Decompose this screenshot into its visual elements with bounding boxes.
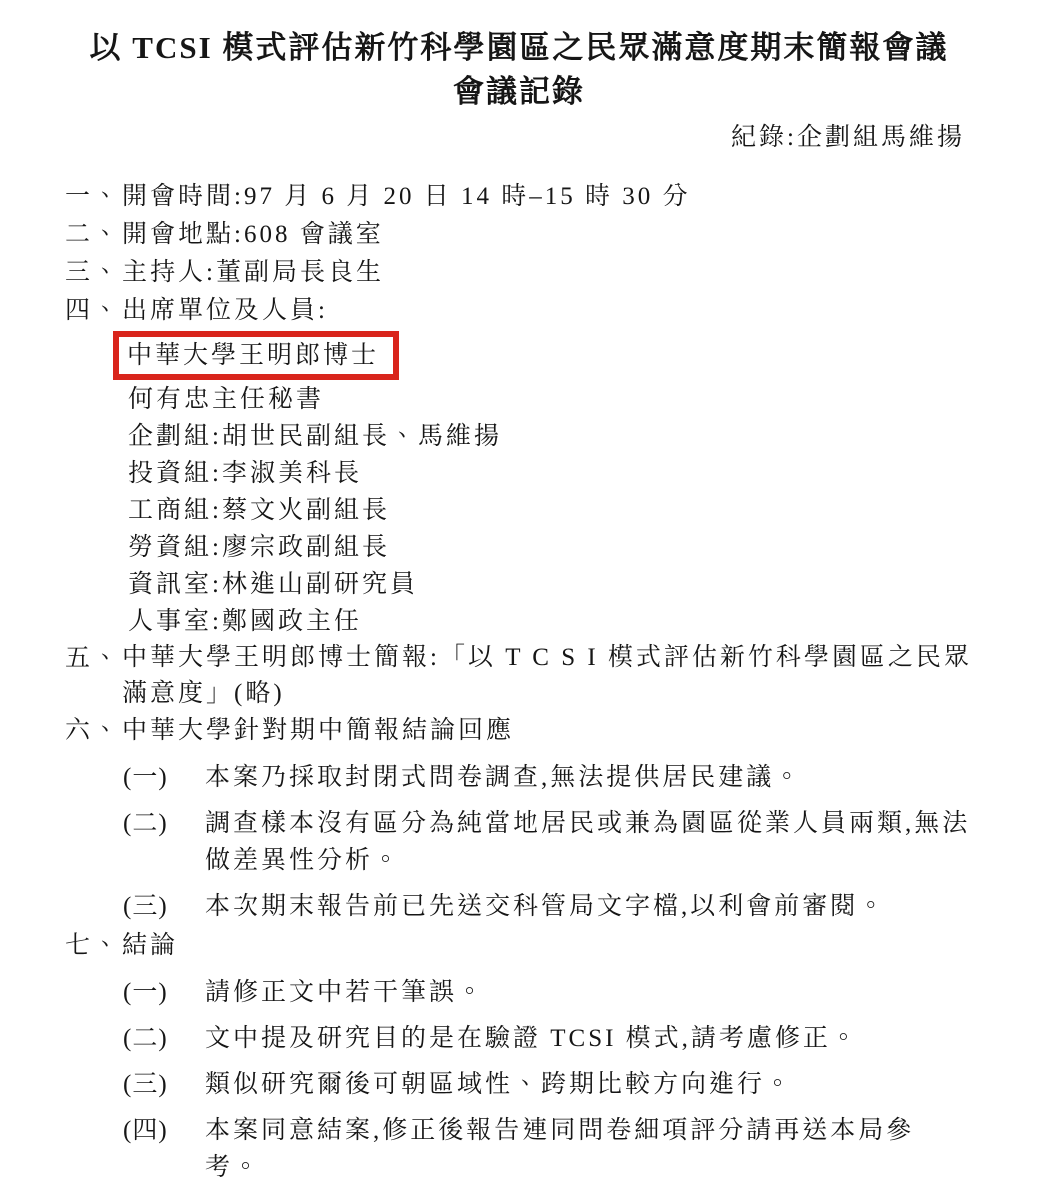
briefing-line-1: 中華大學王明郎博士簡報:「以 T C S I 模式評估新竹科學園區之民眾: [122, 640, 972, 676]
conclusion-line: 類似研究爾後可朝區域性、跨期比較方向進行。: [205, 1066, 793, 1103]
conclusions-heading-text: 結論: [122, 927, 178, 965]
item-number: 五、: [65, 640, 122, 712]
response-text: 調查樣本沒有區分為純當地居民或兼為園區從業人員兩類,無法 做差異性分析。: [205, 805, 970, 879]
subitem-number: (三): [123, 888, 205, 925]
attendee-item: 勞資組:廖宗政副組長: [128, 529, 1038, 566]
response-item: (三) 本次期末報告前已先送交科管局文字檔,以利會前審閱。: [123, 888, 1038, 925]
conclusion-item: (三) 類似研究爾後可朝區域性、跨期比較方向進行。: [123, 1066, 1038, 1103]
chairperson-item: 三、 主持人:董副局長良生: [65, 254, 1038, 292]
subitem-number: (二): [123, 1020, 205, 1057]
response-line: 本案乃採取封閉式問卷調查,無法提供居民建議。: [205, 759, 802, 796]
title-line-2: 會議記錄: [36, 70, 1002, 114]
conclusion-line: 文中提及研究目的是在驗證 TCSI 模式,請考慮修正。: [205, 1020, 859, 1057]
conclusion-item: (一) 請修正文中若干筆誤。: [123, 974, 1038, 1011]
highlighted-attendee-text: 中華大學王明郎博士: [127, 342, 379, 369]
recorder-line: 紀錄:企劃組馬維揚: [0, 120, 1038, 156]
conclusion-line: 本案同意結案,修正後報告連同問卷細項評分請再送本局參: [205, 1112, 914, 1149]
attendee-item: 投資組:李淑美科長: [128, 455, 1038, 492]
attendee-item: 工商組:蔡文火副組長: [128, 492, 1038, 529]
subitem-number: (一): [123, 974, 205, 1011]
attendees-heading-item: 四、 出席單位及人員:: [65, 292, 1038, 330]
subitem-number: (二): [123, 805, 205, 879]
meeting-place-item: 二、 開會地點:608 會議室: [65, 216, 1038, 254]
conclusion-text: 類似研究爾後可朝區域性、跨期比較方向進行。: [205, 1066, 793, 1103]
meeting-place-text: 開會地點:608 會議室: [122, 216, 384, 254]
conclusion-text: 請修正文中若干筆誤。: [205, 974, 485, 1011]
response-text: 本案乃採取封閉式問卷調查,無法提供居民建議。: [205, 759, 802, 796]
item-number: 六、: [65, 712, 122, 750]
highlighted-attendee-row: 中華大學王明郎博士: [113, 331, 1038, 380]
briefing-text: 中華大學王明郎博士簡報:「以 T C S I 模式評估新竹科學園區之民眾 滿意度…: [122, 640, 972, 712]
conclusion-line: 考。: [205, 1149, 914, 1186]
item-number: 一、: [65, 178, 122, 216]
response-text: 本次期末報告前已先送交科管局文字檔,以利會前審閱。: [205, 888, 886, 925]
response-line: 本次期末報告前已先送交科管局文字檔,以利會前審閱。: [205, 888, 886, 925]
subitem-number: (一): [123, 759, 205, 796]
item-number: 七、: [65, 927, 122, 965]
responses-heading-text: 中華大學針對期中簡報結論回應: [122, 712, 514, 750]
document-title: 以 TCSI 模式評估新竹科學園區之民眾滿意度期末簡報會議 會議記錄: [36, 26, 1002, 114]
attendees-heading-text: 出席單位及人員:: [122, 292, 328, 330]
briefing-item: 五、 中華大學王明郎博士簡報:「以 T C S I 模式評估新竹科學園區之民眾 …: [65, 640, 1038, 712]
attendee-item: 人事室:鄭國政主任: [128, 603, 1038, 640]
responses-heading-item: 六、 中華大學針對期中簡報結論回應: [65, 712, 1038, 750]
item-number: 四、: [65, 292, 122, 330]
chairperson-text: 主持人:董副局長良生: [122, 254, 384, 292]
item-number: 三、: [65, 254, 122, 292]
response-line: 調查樣本沒有區分為純當地居民或兼為園區從業人員兩類,無法: [205, 805, 970, 842]
meeting-time-text: 開會時間:97 月 6 月 20 日 14 時–15 時 30 分: [122, 178, 690, 216]
conclusions-heading-item: 七、 結論: [65, 927, 1038, 965]
item-number: 二、: [65, 216, 122, 254]
response-item: (一) 本案乃採取封閉式問卷調查,無法提供居民建議。: [123, 759, 1038, 796]
response-line: 做差異性分析。: [205, 842, 970, 879]
subitem-number: (三): [123, 1066, 205, 1103]
conclusion-line: 請修正文中若干筆誤。: [205, 974, 485, 1011]
subitem-number: (四): [123, 1112, 205, 1186]
conclusion-text: 本案同意結案,修正後報告連同問卷細項評分請再送本局參 考。: [205, 1112, 914, 1186]
briefing-line-2: 滿意度」(略): [122, 676, 972, 712]
document-body: 一、 開會時間:97 月 6 月 20 日 14 時–15 時 30 分 二、 …: [0, 178, 1038, 1186]
attendee-item: 企劃組:胡世民副組長、馬維揚: [128, 418, 1038, 455]
attendee-item: 資訊室:林進山副研究員: [128, 566, 1038, 603]
conclusion-text: 文中提及研究目的是在驗證 TCSI 模式,請考慮修正。: [205, 1020, 859, 1057]
highlight-box: 中華大學王明郎博士: [113, 331, 399, 380]
response-item: (二) 調查樣本沒有區分為純當地居民或兼為園區從業人員兩類,無法 做差異性分析。: [123, 805, 1038, 879]
attendee-item: 何有忠主任秘書: [128, 381, 1038, 418]
meeting-time-item: 一、 開會時間:97 月 6 月 20 日 14 時–15 時 30 分: [65, 178, 1038, 216]
conclusion-item: (二) 文中提及研究目的是在驗證 TCSI 模式,請考慮修正。: [123, 1020, 1038, 1057]
title-line-1: 以 TCSI 模式評估新竹科學園區之民眾滿意度期末簡報會議: [36, 26, 1002, 70]
document-page: 以 TCSI 模式評估新竹科學園區之民眾滿意度期末簡報會議 會議記錄 紀錄:企劃…: [0, 0, 1038, 1186]
conclusion-item: (四) 本案同意結案,修正後報告連同問卷細項評分請再送本局參 考。: [123, 1112, 1038, 1186]
